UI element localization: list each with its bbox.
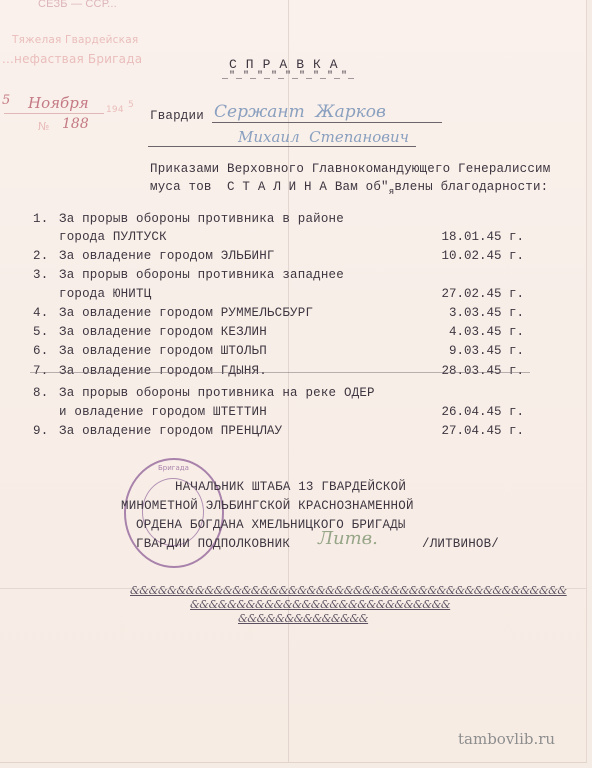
recipient-underline-1 xyxy=(212,122,442,123)
item-text: За овладение городом РУММЕЛЬСБУРГ xyxy=(59,306,313,320)
stamp-number-value: 188 xyxy=(62,116,89,132)
signature-rank: ГВАРДИИ ПОДПОЛКОВНИК xyxy=(136,537,290,551)
item-number: 7. xyxy=(33,364,48,378)
item-number: 5. xyxy=(33,325,48,339)
ornament-line-1: &&&&&&&&&&&&&&&&&&&&&&&&&&&&&&&&&&&&&&&&… xyxy=(130,584,567,597)
signature-line-1: НАЧАЛЬНИК ШТАБА 13 ГВАРДЕЙСКОЙ xyxy=(175,480,406,494)
item-number: 4. xyxy=(33,306,48,320)
recipient-rank-surname: Сержант Жарков xyxy=(214,102,386,122)
item-date: 28.03.45 г. xyxy=(424,364,524,378)
item-date: 18.01.45 г. xyxy=(424,230,524,244)
item-text: За овладение городом КЕЗЛИН xyxy=(59,325,267,339)
intro-line-1: Приказами Верховного Главнокомандующего … xyxy=(150,162,550,176)
title-underline: _"_"_"_"_"_"_"_"_"_ xyxy=(222,71,355,82)
paper-crease xyxy=(30,372,530,373)
signature-line-2: МИНОМЕТНОЙ ЭЛЬБИНГСКОЙ КРАСНОЗНАМЕННОЙ xyxy=(121,499,414,513)
stamp-date-year: 194 xyxy=(106,105,124,115)
item-date: 27.02.45 г. xyxy=(424,287,524,301)
item-date: 10.02.45 г. xyxy=(424,249,524,263)
item-number: 3. xyxy=(33,268,48,282)
handwritten-signature: Литв. xyxy=(318,528,378,549)
item-text: города ПУЛТУСК xyxy=(59,230,167,244)
stamp-date-year-suffix: 5 xyxy=(128,100,134,110)
item-text: За овладение городом ЭЛЬБИНГ xyxy=(59,249,275,263)
ornament-line-2: &&&&&&&&&&&&&&&&&&&&&&&&&&&& xyxy=(190,598,450,611)
stamp-line-3: ...нефаствая Бригада xyxy=(2,52,142,66)
recipient-label: Гвардии xyxy=(150,109,204,123)
item-date: 26.04.45 г. xyxy=(424,405,524,419)
item-text: города ЮНИТЦ xyxy=(59,287,151,301)
official-seal: Бригада xyxy=(124,458,224,568)
item-text: За прорыв обороны противника в районе xyxy=(59,212,344,226)
item-date: 3.03.45 г. xyxy=(424,306,524,320)
stamp-date-underline xyxy=(4,113,104,114)
item-text: За овладение городом ПРЕНЦЛАУ xyxy=(59,424,282,438)
signatory-name: /ЛИТВИНОВ/ xyxy=(422,537,499,551)
stamp-line-1: СЕЗБ — ССР... xyxy=(38,0,117,10)
watermark: tambovlib.ru xyxy=(458,730,555,748)
stamp-date-month: Ноября xyxy=(28,94,89,112)
intro-line-2-text-end: влены благодарности: xyxy=(394,180,548,194)
stamp-date-day: 5 xyxy=(2,93,10,108)
intro-line-2: муса тов С Т А Л И Н А Вам об"явлены бла… xyxy=(150,180,548,194)
item-text: За овладение городом ШТОЛЬП xyxy=(59,344,267,358)
item-number: 2. xyxy=(33,249,48,263)
intro-line-2-subscript: я xyxy=(389,187,395,197)
ornament-line-3: &&&&&&&&&&&&&& xyxy=(238,612,368,625)
stamp-line-2: Тяжелая Гвардейская xyxy=(12,34,138,46)
item-number: 9. xyxy=(33,424,48,438)
document-title: СПРАВКА xyxy=(229,57,347,72)
recipient-name-patronymic: Михаил Степанович xyxy=(238,128,409,146)
item-date: 4.03.45 г. xyxy=(424,325,524,339)
item-number: 6. xyxy=(33,344,48,358)
item-date: 9.03.45 г. xyxy=(424,344,524,358)
item-date: 27.04.45 г. xyxy=(424,424,524,438)
recipient-underline-2 xyxy=(148,146,416,147)
item-text: За прорыв обороны противника западнее xyxy=(59,268,344,282)
seal-text-top: Бригада xyxy=(158,464,189,472)
item-text: За прорыв обороны противника на реке ОДЕ… xyxy=(59,386,375,400)
item-text: и овладение городом ШТЕТТИН xyxy=(59,405,267,419)
intro-line-2-text: муса тов С Т А Л И Н А Вам об" xyxy=(150,180,389,194)
item-text: За овладение городом ГДЫНЯ. xyxy=(59,364,267,378)
item-number: 8. xyxy=(33,386,48,400)
stamp-number-label: № xyxy=(38,120,50,133)
item-number: 1. xyxy=(33,212,48,226)
